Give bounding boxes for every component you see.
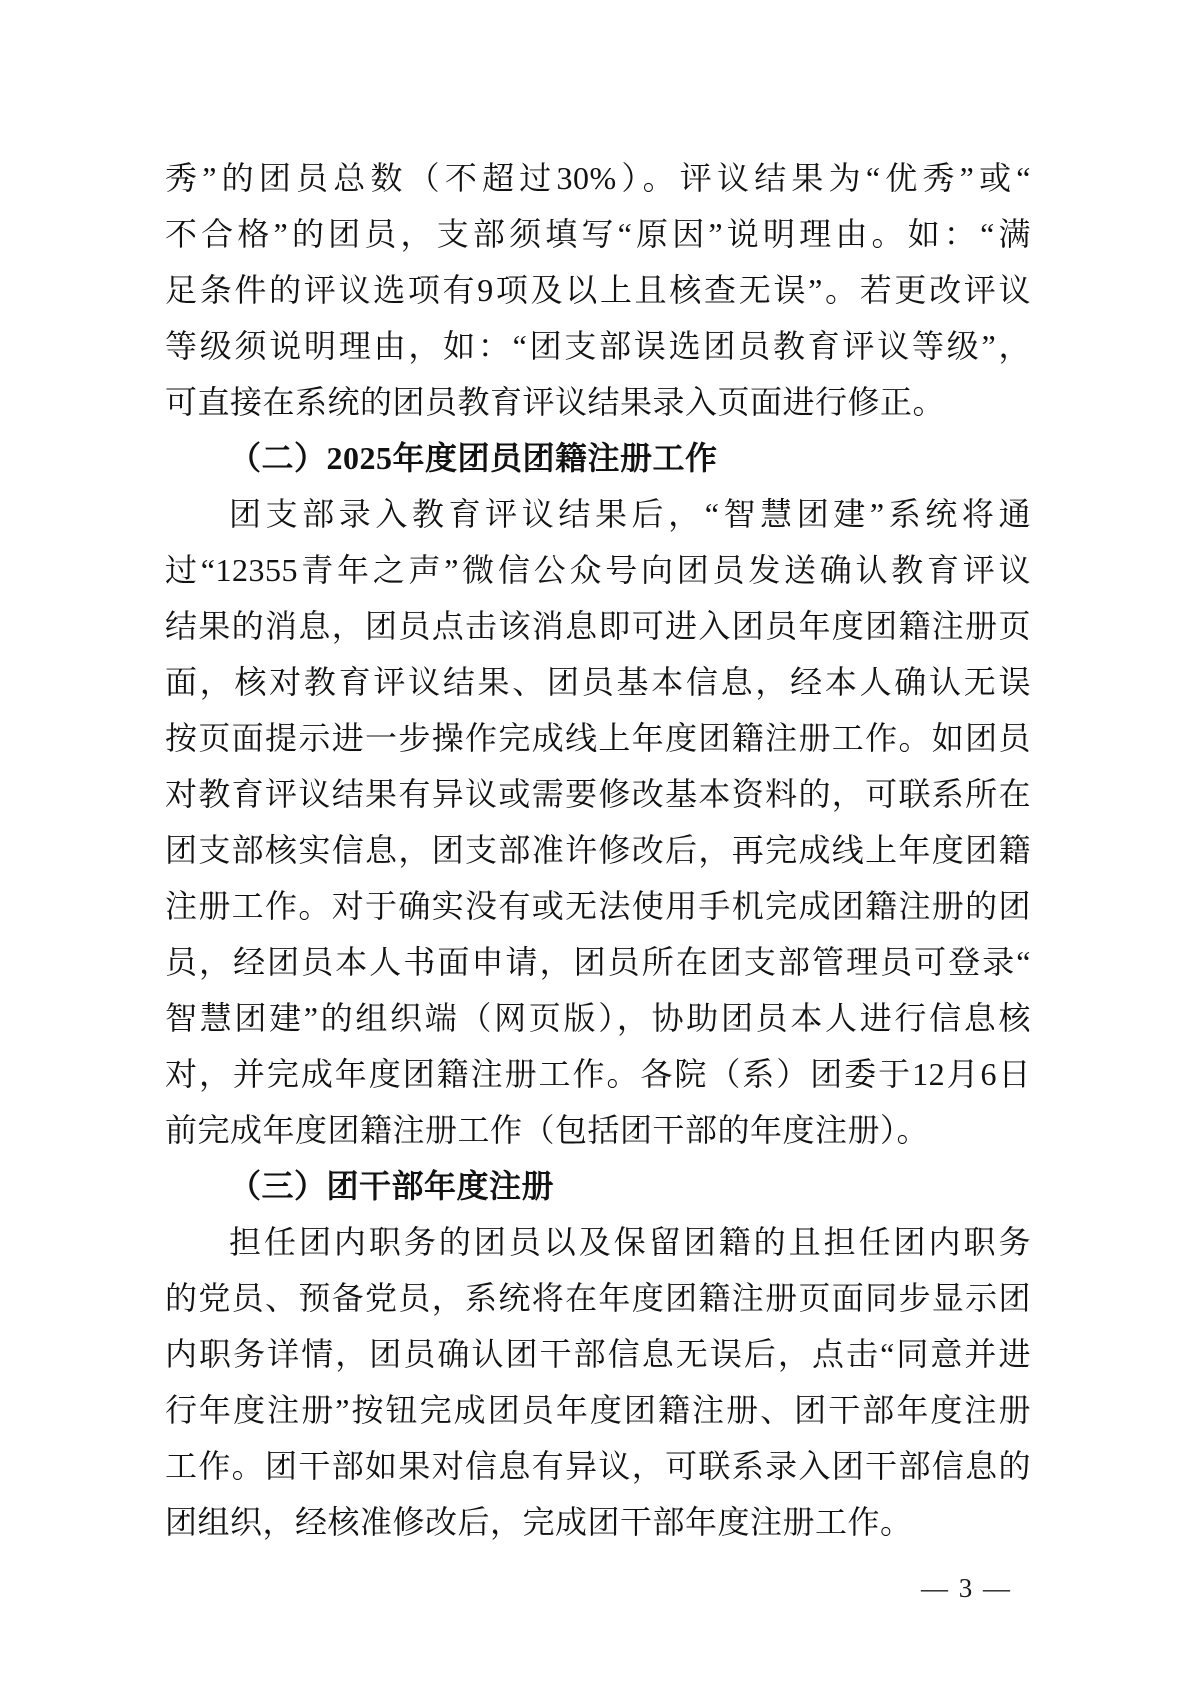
text-line: 团组织，经核准修改后，完成团干部年度注册工作。 <box>165 1494 1031 1550</box>
document-text-block: 秀”的团员总数（不超过30%）。评议结果为“优秀”或“ 不合格”的团员，支部须填… <box>165 150 1031 1550</box>
text-line: 注册工作。对于确实没有或无法使用手机完成团籍注册的团 <box>165 878 1031 934</box>
section-heading-2: （二）2025年度团员团籍注册工作 <box>165 430 1031 486</box>
section-heading-3: （三）团干部年度注册 <box>165 1158 1031 1214</box>
text-line: 前完成年度团籍注册工作（包括团干部的年度注册）。 <box>165 1102 1031 1158</box>
text-line: 足条件的评议选项有9项及以上且核查无误”。若更改评议 <box>165 262 1031 318</box>
text-line: 结果的消息，团员点击该消息即可进入团员年度团籍注册页 <box>165 598 1031 654</box>
text-line: 可直接在系统的团员教育评议结果录入页面进行修正。 <box>165 374 1031 430</box>
text-line: 等级须说明理由，如：“团支部误选团员教育评议等级”， <box>165 318 1031 374</box>
text-line: 对，并完成年度团籍注册工作。各院（系）团委于12月6日 <box>165 1046 1031 1102</box>
document-page: 秀”的团员总数（不超过30%）。评议结果为“优秀”或“ 不合格”的团员，支部须填… <box>0 0 1191 1684</box>
text-line: 面，核对教育评议结果、团员基本信息，经本人确认无误后， <box>165 654 1031 710</box>
text-line: 不合格”的团员，支部须填写“原因”说明理由。如：“满 <box>165 206 1031 262</box>
text-line: 团支部录入教育评议结果后，“智慧团建”系统将通 <box>165 486 1031 542</box>
text-line: 行年度注册”按钮完成团员年度团籍注册、团干部年度注册 <box>165 1382 1031 1438</box>
text-line: 内职务详情，团员确认团干部信息无误后，点击“同意并进 <box>165 1326 1031 1382</box>
page-number: — 3 — <box>0 1568 1191 1608</box>
text-line: 对教育评议结果有异议或需要修改基本资料的，可联系所在 <box>165 766 1031 822</box>
text-line: 工作。团干部如果对信息有异议，可联系录入团干部信息的 <box>165 1438 1031 1494</box>
text-line: 担任团内职务的团员以及保留团籍的且担任团内职务 <box>165 1214 1031 1270</box>
text-line: 智慧团建”的组织端（网页版），协助团员本人进行信息核 <box>165 990 1031 1046</box>
text-line: 秀”的团员总数（不超过30%）。评议结果为“优秀”或“ <box>165 150 1031 206</box>
text-line: 按页面提示进一步操作完成线上年度团籍注册工作。如团员 <box>165 710 1031 766</box>
text-line: 的党员、预备党员，系统将在年度团籍注册页面同步显示团 <box>165 1270 1031 1326</box>
text-line: 员，经团员本人书面申请，团员所在团支部管理员可登录“ <box>165 934 1031 990</box>
text-line: 团支部核实信息，团支部准许修改后，再完成线上年度团籍 <box>165 822 1031 878</box>
text-line: 过“12355青年之声”微信公众号向团员发送确认教育评议 <box>165 542 1031 598</box>
